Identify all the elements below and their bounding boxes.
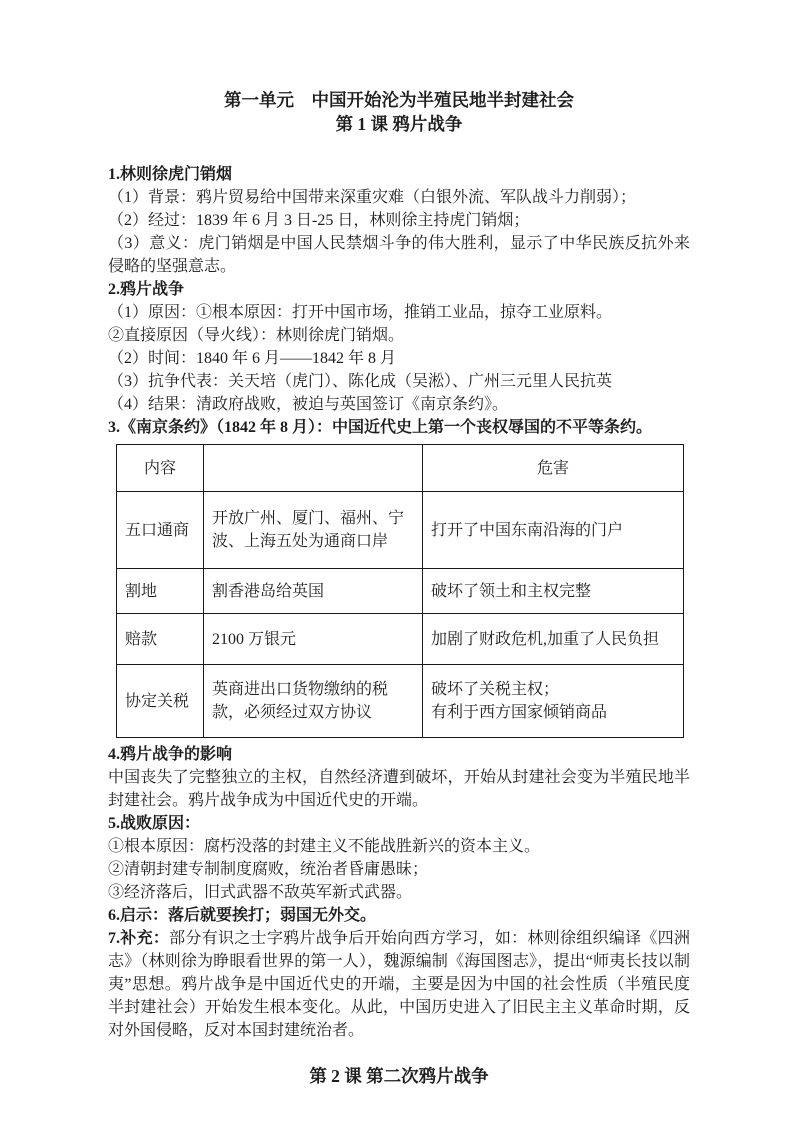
- document-body: 1.林则徐虎门销烟 （1）背景：鸦片贸易给中国带来深重灾难（白银外流、军队战斗力…: [108, 163, 690, 1042]
- table-cell-term: 五口通商: [117, 492, 204, 569]
- section-5-heading: 5.战败原因：: [108, 812, 690, 835]
- page-header: 第一单元 中国开始沦为半殖民地半封建社会 第 1 课 鸦片战争: [108, 88, 690, 136]
- table-cell-harm: 破坏了关税主权； 有利于西方国家倾销商品: [423, 665, 684, 738]
- table-row-tariff: 协定关税 英商进出口货物缴纳的税款，必须经过双方协议 破坏了关税主权； 有利于西…: [117, 665, 684, 738]
- section-2-line-resisters: （3）抗争代表：关天培（虎门）、陈化成（吴淞）、广州三元里人民抗英: [108, 370, 690, 393]
- section-5-line-root-cause: ①根本原因：腐朽没落的封建主义不能战胜新兴的资本主义。: [108, 835, 690, 858]
- table-cell-harm: 加剧了财政危机,加重了人民负担: [423, 614, 684, 665]
- table-cell-term: 赔款: [117, 614, 204, 665]
- section-5-line-weapons: ③经济落后，旧式武器不敌英军新式武器。: [108, 881, 690, 904]
- section-2-heading: 2.鸦片战争: [108, 278, 690, 301]
- section-7-label: 7.补充：: [108, 930, 169, 947]
- unit-title: 第一单元 中国开始沦为半殖民地半封建社会: [108, 88, 690, 112]
- document-page: 第一单元 中国开始沦为半殖民地半封建社会 第 1 课 鸦片战争 1.林则徐虎门销…: [0, 0, 800, 1131]
- table-cell-harm: 破坏了领土和主权完整: [423, 569, 684, 614]
- table-header-cell-harm: 危害: [423, 445, 684, 492]
- section-1-line-background: （1）背景：鸦片贸易给中国带来深重灾难（白银外流、军队战斗力削弱）；: [108, 186, 690, 209]
- table-header-cell-content: 内容: [117, 445, 204, 492]
- section-4-heading: 4.鸦片战争的影响: [108, 743, 690, 766]
- section-7-body: 部分有识之士字鸦片战争后开始向西方学习，如：林则徐组织编译《四洲志》（林则徐为睁…: [108, 930, 690, 1039]
- section-1-line-process: （2）经过：1839 年 6 月 3 日-25 日，林则徐主持虎门销烟；: [108, 209, 690, 232]
- table-row-cession: 割地 割香港岛给英国 破坏了领土和主权完整: [117, 569, 684, 614]
- section-2-line-result: （4）结果：清政府战败，被迫与英国签订《南京条约》。: [108, 393, 690, 416]
- table-row-indemnity: 赔款 2100 万银元 加剧了财政危机,加重了人民负担: [117, 614, 684, 665]
- table-cell-term: 割地: [117, 569, 204, 614]
- section-1-heading: 1.林则徐虎门销烟: [108, 163, 690, 186]
- section-2-line-cause: （1）原因：①根本原因：打开中国市场，推销工业品，掠夺工业原料。: [108, 301, 690, 324]
- table-cell-content: 开放广州、厦门、福州、宁波、上海五处为通商口岸: [204, 492, 423, 569]
- section-3-heading: 3.《南京条约》（1842 年 8 月）：中国近代史上第一个丧权辱国的不平等条约…: [108, 416, 690, 439]
- section-7-paragraph: 7.补充：部分有识之士字鸦片战争后开始向西方学习，如：林则徐组织编译《四洲志》（…: [108, 927, 690, 1042]
- table-cell-harm: 打开了中国东南沿海的门户: [423, 492, 684, 569]
- table-cell-content: 英商进出口货物缴纳的税款，必须经过双方协议: [204, 665, 423, 738]
- section-5-line-corruption: ②清朝封建专制制度腐败，统治者昏庸愚昧；: [108, 858, 690, 881]
- next-lesson-heading: 第 2 课 第二次鸦片战争: [108, 1064, 690, 1088]
- section-2-line-direct-cause: ②直接原因（导火线）：林则徐虎门销烟。: [108, 324, 690, 347]
- section-6-heading: 6.启示：落后就要挨打；弱国无外交。: [108, 904, 690, 927]
- table-cell-content: 割香港岛给英国: [204, 569, 423, 614]
- section-1-line-significance: （3）意义：虎门销烟是中国人民禁烟斗争的伟大胜利，显示了中华民族反抗外来侵略的坚…: [108, 232, 690, 278]
- table-header-cell-blank: [204, 445, 423, 492]
- table-row-ports: 五口通商 开放广州、厦门、福州、宁波、上海五处为通商口岸 打开了中国东南沿海的门…: [117, 492, 684, 569]
- table-header-row: 内容 危害: [117, 445, 684, 492]
- section-2-line-time: （2）时间：1840 年 6 月——1842 年 8 月: [108, 347, 690, 370]
- section-4-body: 中国丧失了完整独立的主权，自然经济遭到破坏，开始从封建社会变为半殖民地半封建社会…: [108, 766, 690, 812]
- treaty-table: 内容 危害 五口通商 开放广州、厦门、福州、宁波、上海五处为通商口岸 打开了中国…: [116, 444, 684, 738]
- lesson-title: 第 1 课 鸦片战争: [108, 112, 690, 136]
- table-cell-content: 2100 万银元: [204, 614, 423, 665]
- table-cell-term: 协定关税: [117, 665, 204, 738]
